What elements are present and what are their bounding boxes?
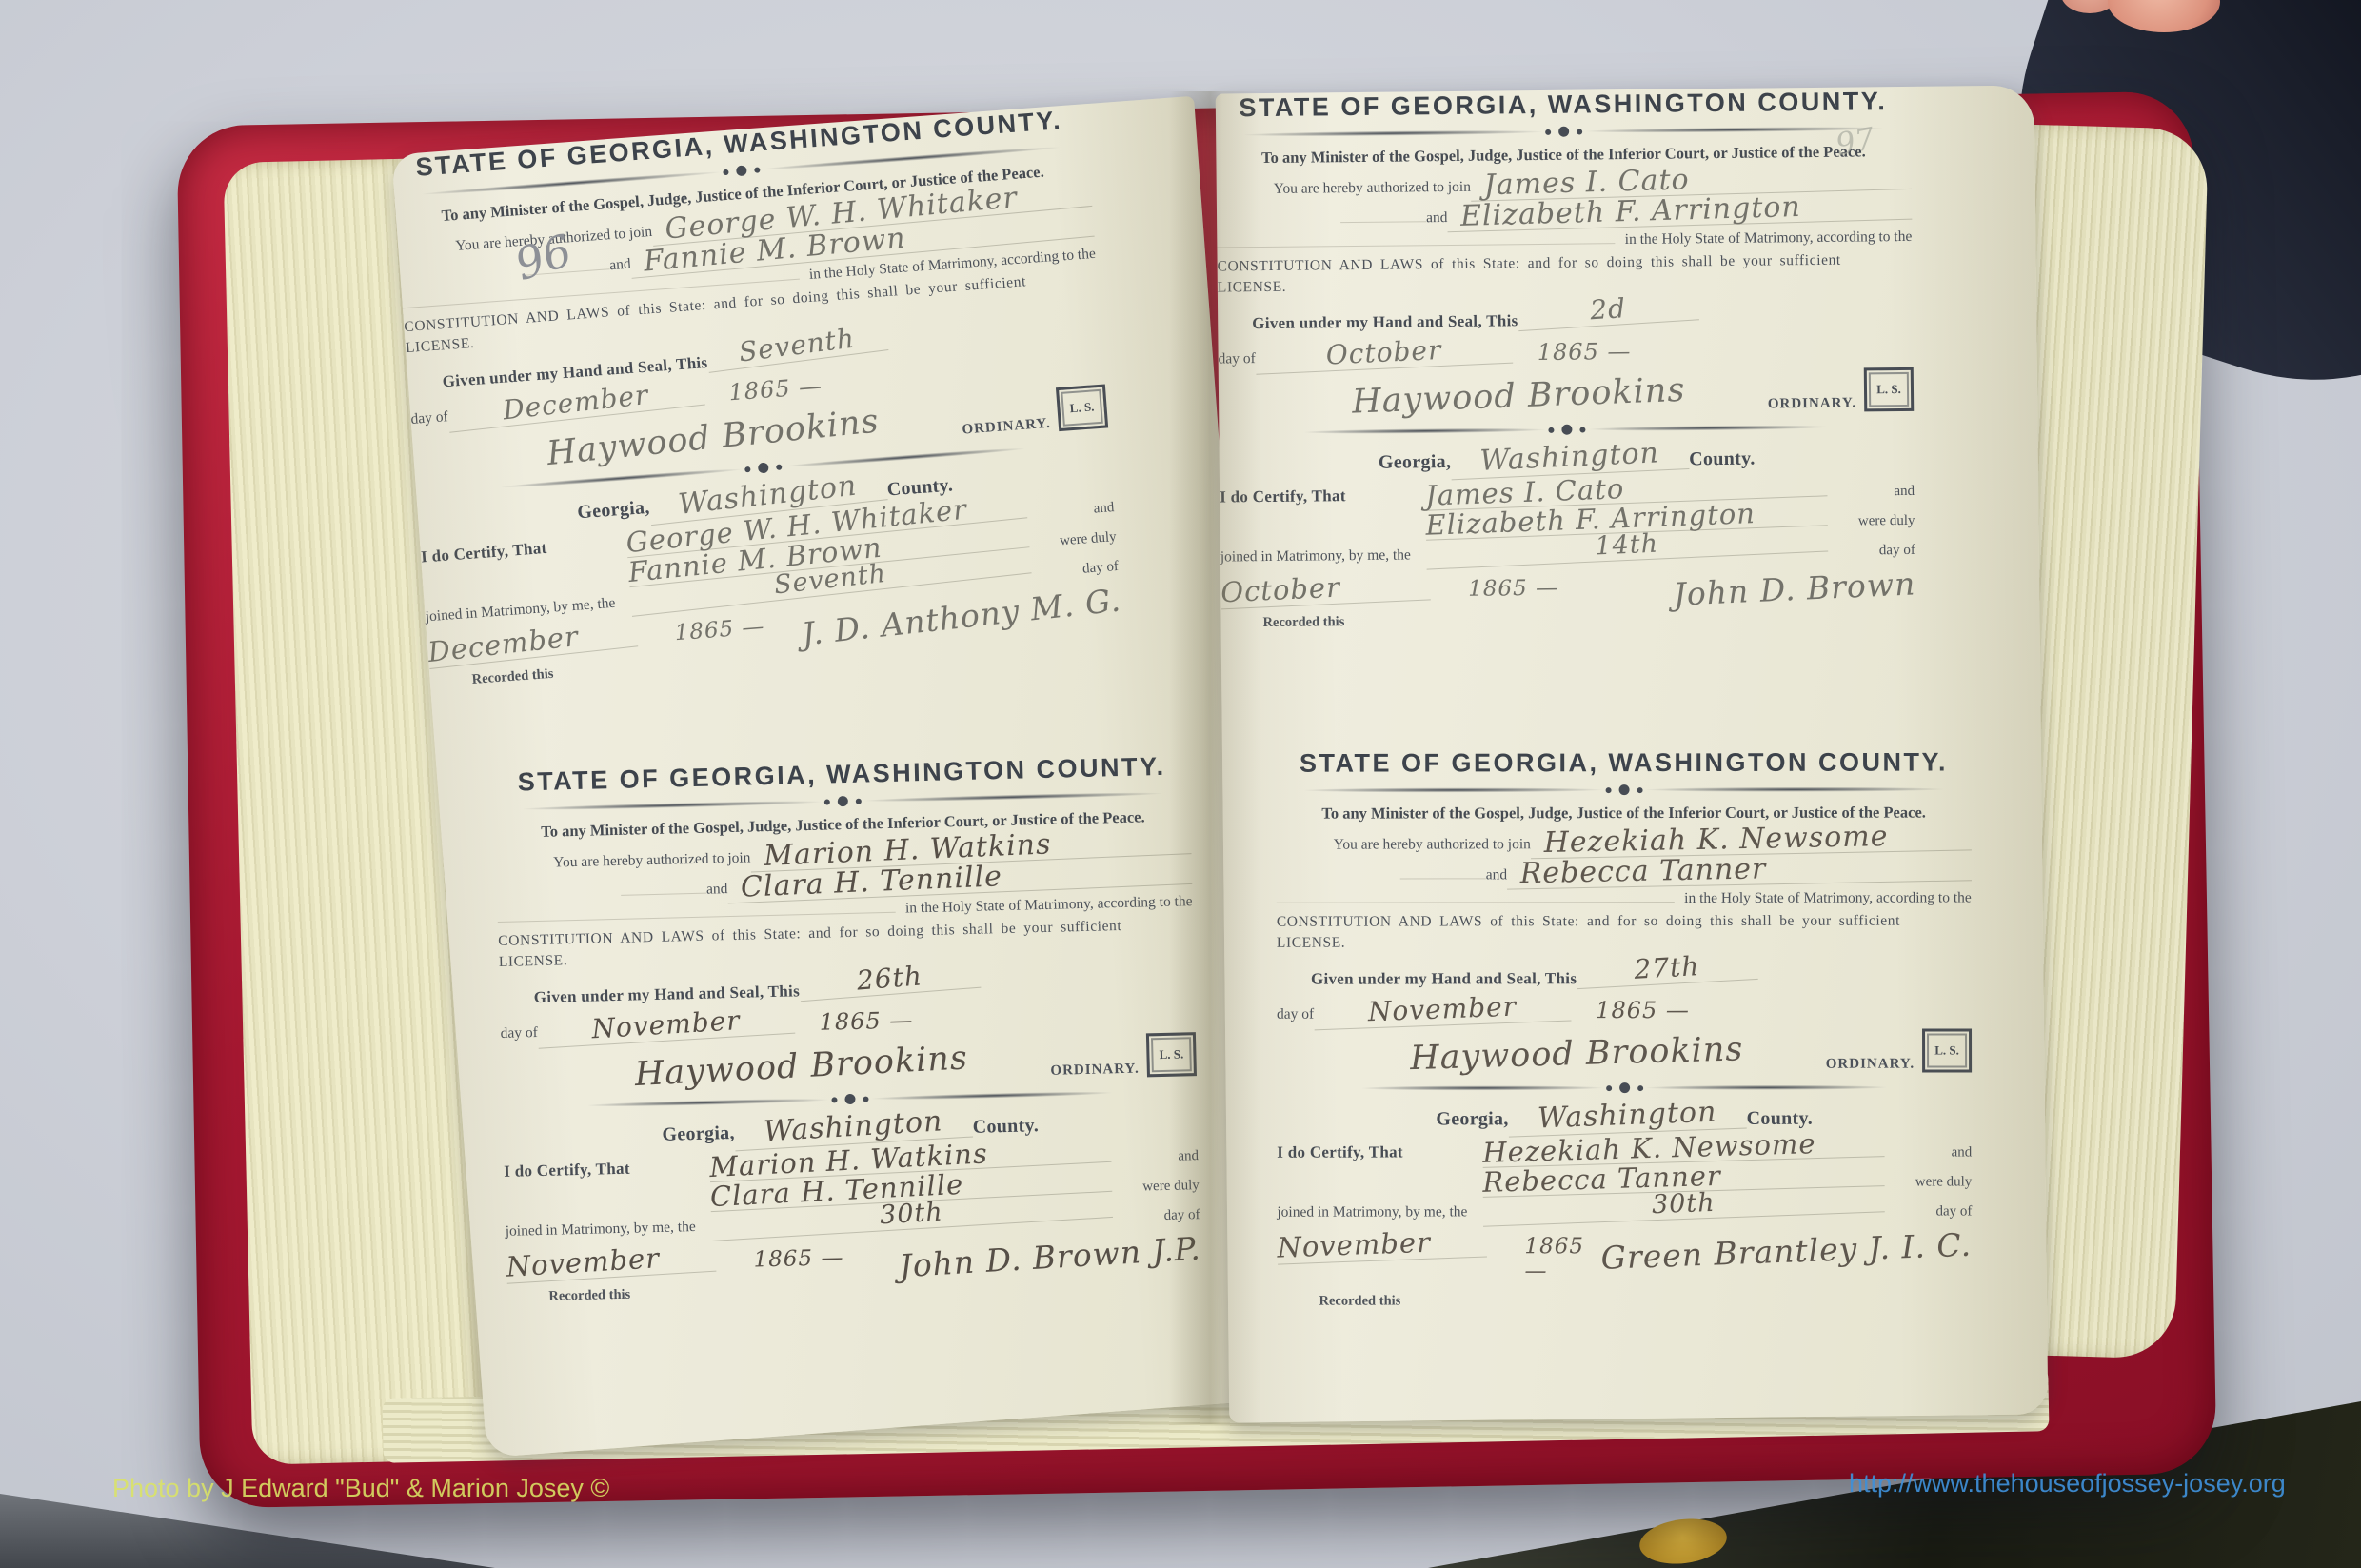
divider-line: [864, 791, 1161, 804]
license-year: 1865 —: [1596, 997, 1690, 1023]
seal-label: L. S.: [1934, 1042, 1959, 1058]
and-label: and: [1833, 484, 1915, 501]
license-label: LICENSE.: [1277, 935, 1345, 951]
photographer-watermark: Photo by J Edward "Bud" & Marion Josey ©: [112, 1474, 609, 1503]
seal-box: L. S.: [1864, 367, 1914, 412]
divider-dot: [823, 799, 829, 804]
constitution-clause: CONSTITUTION AND LAWS of this State: and…: [1218, 252, 1841, 275]
bride-name: Rebecca Tanner: [1507, 852, 1972, 889]
ornamental-divider: [1244, 123, 1882, 140]
license-year: 1865 —: [728, 372, 824, 406]
certify-label: I do Certify, That: [1277, 1142, 1477, 1161]
constitution-clause: CONSTITUTION AND LAWS of this State: and…: [1277, 913, 1900, 930]
given-under-hand-label: Given under my Hand and Seal, This: [1311, 969, 1577, 988]
and-label: and: [706, 881, 728, 899]
georgia-label: Georgia,: [662, 1122, 735, 1146]
seal-box: L. S.: [1056, 384, 1108, 431]
and-label: and: [609, 255, 632, 274]
table-edge-shadow: [0, 1494, 495, 1568]
license-month: November: [1314, 988, 1572, 1030]
ordinary-label: ORDINARY.: [1050, 1062, 1140, 1080]
divider-dot: [1606, 1085, 1612, 1091]
matrimony-clause: in the Holy State of Matrimony, accordin…: [1616, 228, 1913, 248]
divider-dot: [1548, 427, 1554, 432]
divider-dot: [754, 167, 760, 172]
day-of-label: day of: [410, 408, 448, 428]
georgia-label: Georgia,: [1436, 1108, 1508, 1130]
divider-dot: [1605, 787, 1611, 793]
were-duly-label: were duly: [1890, 1174, 1972, 1190]
and-label: and: [1890, 1144, 1972, 1161]
county-label: County.: [972, 1115, 1039, 1139]
right-page: 97 STATE OF GEORGIA, WASHINGTON COUNTY. …: [1216, 86, 2049, 1423]
day-of-label: day of: [1277, 1006, 1314, 1023]
ordinary-signature: Haywood Brookins: [634, 1039, 969, 1094]
divider-line: [1646, 787, 1943, 793]
county-label: County.: [1689, 448, 1756, 471]
married-year: 1865 —: [674, 614, 766, 645]
blank-line: [1340, 206, 1426, 223]
divider-dot: [1558, 127, 1569, 137]
divider-dot: [1561, 425, 1572, 435]
joined-in-matrimony-label: joined in Matrimony, by me, the: [1277, 1203, 1477, 1221]
seal-label: L. S.: [1159, 1046, 1183, 1062]
divider-dot: [1619, 1082, 1630, 1093]
marriage-record: STATE OF GEORGIA, WASHINGTON COUNTY. To …: [391, 104, 1123, 691]
divider-line: [1589, 425, 1829, 432]
divider-dot: [844, 1094, 855, 1104]
record-header: STATE OF GEORGIA, WASHINGTON COUNTY.: [1277, 747, 1972, 778]
married-month: November: [506, 1239, 717, 1284]
seal-label: L. S.: [1876, 382, 1901, 397]
divider-dot: [1637, 1085, 1643, 1091]
divider-line: [524, 800, 821, 812]
ordinary-label: ORDINARY.: [962, 416, 1051, 439]
divider-line: [1244, 129, 1541, 137]
married-year: 1865 —: [1524, 1234, 1600, 1283]
ordinary-signature: Haywood Brookins: [1410, 1030, 1744, 1078]
divider-dot: [1545, 129, 1551, 134]
joined-in-matrimony-label: joined in Matrimony, by me, the: [506, 1219, 705, 1241]
married-month: October: [1220, 566, 1430, 609]
married-year: 1865 —: [753, 1245, 843, 1272]
married-month: November: [1277, 1224, 1487, 1265]
page-number: 97: [1833, 120, 1877, 163]
were-duly-label: were duly: [1118, 1178, 1200, 1196]
authorize-label: You are hereby authorized to join: [553, 849, 751, 871]
divider-line: [1362, 1085, 1602, 1090]
photo-of-open-marriage-record-book: 96 STATE OF GEORGIA, WASHINGTON COUNTY. …: [0, 0, 2361, 1568]
day-of-label: day of: [1118, 1207, 1200, 1225]
authorize-label: You are hereby authorized to join: [1274, 179, 1471, 198]
blank-line: [1277, 886, 1675, 903]
marriage-record: STATE OF GEORGIA, WASHINGTON COUNTY. To …: [1277, 747, 1973, 1309]
ornamental-divider: [1362, 1082, 1886, 1094]
license-year: 1865 —: [1538, 338, 1632, 366]
and-label: and: [1426, 208, 1448, 226]
license-day: 2d: [1518, 288, 1700, 331]
ordinary-signature: Haywood Brookins: [1351, 371, 1686, 422]
marriage-record: STATE OF GEORGIA, WASHINGTON COUNTY. To …: [1216, 87, 1916, 632]
divider-line: [1305, 787, 1602, 793]
day-of-label: day of: [1890, 1204, 1972, 1221]
day-of-label: day of: [1037, 559, 1120, 581]
and-label: and: [1486, 866, 1507, 883]
county-label: County.: [1747, 1108, 1813, 1130]
divider-line: [1304, 427, 1544, 435]
blank-line: [497, 897, 896, 923]
license-month: October: [1255, 331, 1513, 375]
divider-dot: [1637, 787, 1642, 793]
ornamental-divider: [1305, 784, 1943, 796]
divider-dot: [831, 1097, 837, 1102]
website-watermark: http://www.thehouseofjossey-josey.org: [1849, 1469, 2286, 1499]
certify-label: I do Certify, That: [1220, 486, 1419, 506]
ordinary-label: ORDINARY.: [1826, 1057, 1915, 1073]
blank-line: [1400, 863, 1486, 879]
day-of-label: day of: [500, 1024, 538, 1042]
license-label: LICENSE.: [499, 952, 568, 970]
divider-dot: [723, 169, 728, 174]
blank-line: [621, 877, 706, 895]
married-year: 1865 —: [1468, 576, 1558, 602]
license-label: LICENSE.: [1218, 279, 1287, 296]
ordinary-label: ORDINARY.: [1768, 396, 1857, 413]
matrimony-clause: in the Holy State of Matrimony, accordin…: [1675, 889, 1972, 907]
divider-dot: [735, 165, 746, 176]
divider-dot: [1579, 427, 1585, 432]
divider-dot: [837, 796, 847, 806]
seal-box: L. S.: [1922, 1028, 1972, 1072]
were-duly-label: were duly: [1833, 512, 1915, 529]
day-of-label: day of: [1834, 543, 1915, 560]
license-day: 27th: [1576, 947, 1758, 989]
seal-box: L. S.: [1146, 1032, 1197, 1077]
left-page: 96 STATE OF GEORGIA, WASHINGTON COUNTY. …: [391, 96, 1289, 1458]
divider-dot: [1618, 784, 1629, 795]
officiant-signature: Green Brantley J. I. C.: [1600, 1226, 1973, 1277]
divider-line: [588, 1098, 828, 1108]
divider-dot: [744, 466, 750, 472]
georgia-label: Georgia,: [577, 497, 651, 525]
divider-dot: [757, 463, 768, 474]
record-header: STATE OF GEORGIA, WASHINGTON COUNTY.: [1216, 87, 1911, 124]
blank-cell: [505, 1201, 704, 1205]
divider-dot: [855, 798, 861, 804]
license-label: LICENSE.: [405, 335, 474, 356]
day-of-label: day of: [1219, 350, 1256, 367]
divider-dot: [1577, 129, 1582, 134]
and-label: and: [1117, 1148, 1199, 1166]
joined-in-matrimony-label: joined in Matrimony, by me, the: [1220, 546, 1420, 566]
recorded-this-label: Recorded this: [1319, 1293, 1973, 1310]
ornamental-divider: [1304, 422, 1828, 438]
divider-dot: [776, 464, 782, 469]
matrimony-clause: in the Holy State of Matrimony, accordin…: [896, 893, 1193, 918]
divider-line: [1647, 1085, 1887, 1090]
seal-label: L. S.: [1069, 399, 1095, 416]
license-year: 1865 —: [819, 1006, 913, 1035]
marriage-record: STATE OF GEORGIA, WASHINGTON COUNTY. To …: [494, 751, 1202, 1306]
blank-cell: [1220, 529, 1420, 531]
divider-dot: [863, 1096, 868, 1102]
divider-line: [872, 1090, 1112, 1101]
georgia-label: Georgia,: [1379, 451, 1452, 474]
given-under-hand-label: Given under my Hand and Seal, This: [1252, 311, 1518, 333]
blank-line: [1217, 228, 1616, 248]
authorize-label: You are hereby authorized to join: [1334, 836, 1531, 853]
certify-label: I do Certify, That: [504, 1158, 704, 1181]
